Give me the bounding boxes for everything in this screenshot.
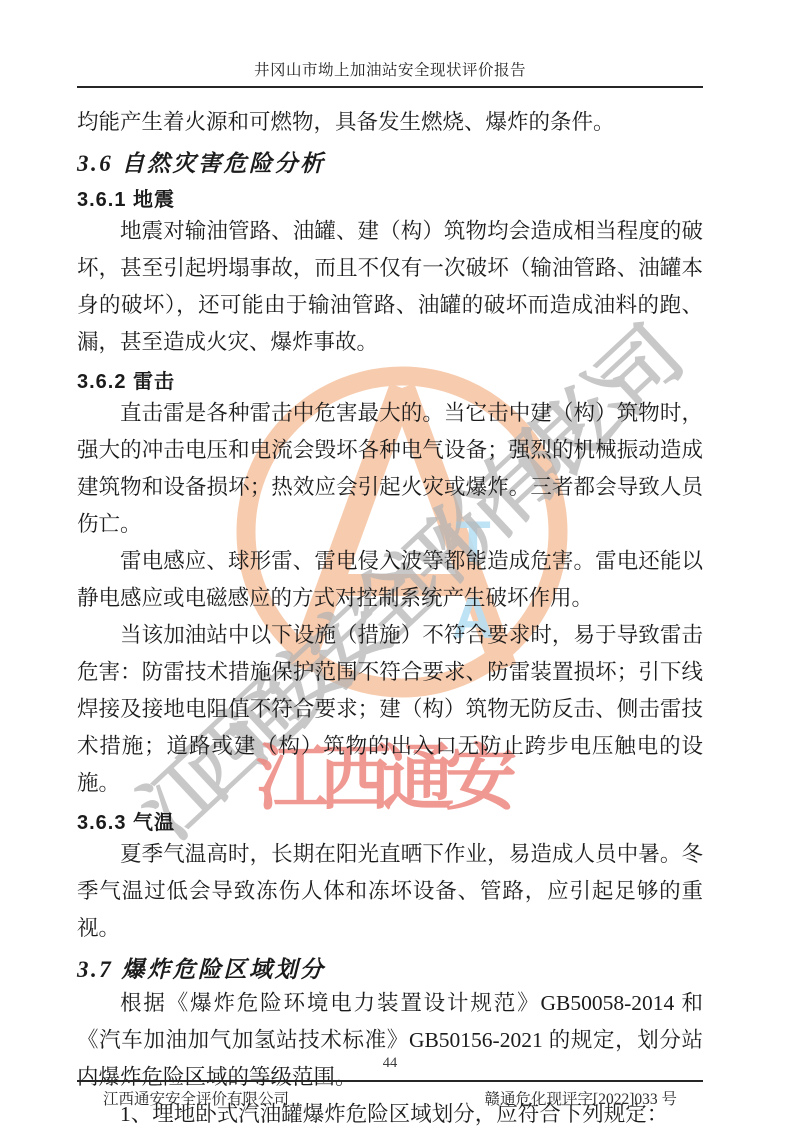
report-title: 井冈山市坳上加油站安全现状评价报告 (77, 58, 703, 80)
paragraph: 直击雷是各种雷击中危害最大的。当它击中建（构）筑物时，强大的冲击电压和电流会毁坏… (77, 395, 703, 543)
page-number: 44 (77, 1055, 703, 1072)
footer-rule (77, 1080, 703, 1082)
footer-company-name: 江西通安安全评价有限公司 (103, 1087, 289, 1109)
section-heading: 3.6 自然灾害危险分析 (77, 149, 703, 179)
page-header: 井冈山市坳上加油站安全现状评价报告 (77, 0, 703, 88)
footer-row: 江西通安安全评价有限公司 赣通危化现评字[2022]033 号 (77, 1087, 703, 1109)
paragraph: 夏季气温高时，长期在阳光直晒下作业，易造成人员中暑。冬季气温过低会导致冻伤人体和… (77, 836, 703, 947)
paragraph: 当该加油站中以下设施（措施）不符合要求时，易于导致雷击危害：防雷技术措施保护范围… (77, 617, 703, 802)
subsection-heading: 3.6.3 气温 (77, 810, 703, 836)
document-body: 均能产生着火源和可燃物，具备发生燃烧、爆炸的条件。3.6 自然灾害危险分析3.6… (77, 104, 703, 1131)
section-heading: 3.7 爆炸危险区域划分 (77, 955, 703, 985)
paragraph: 地震对输油管路、油罐、建（构）筑物均会造成相当程度的破坏，甚至引起坍塌事故，而且… (77, 213, 703, 361)
document-page: TA 江西通安安全评价有限公司 江西通安 井冈山市坳上加油站安全现状评价报告 均… (0, 0, 800, 1131)
subsection-heading: 3.6.2 雷击 (77, 369, 703, 395)
footer-doc-number: 赣通危化现评字[2022]033 号 (485, 1087, 677, 1109)
subsection-heading: 3.6.1 地震 (77, 187, 703, 213)
paragraph: 雷电感应、球形雷、雷电侵入波等都能造成危害。雷电还能以静电感应或电磁感应的方式对… (77, 543, 703, 617)
header-rule (77, 86, 703, 88)
page-content: 井冈山市坳上加油站安全现状评价报告 均能产生着火源和可燃物，具备发生燃烧、爆炸的… (77, 0, 703, 1131)
paragraph: 均能产生着火源和可燃物，具备发生燃烧、爆炸的条件。 (77, 104, 703, 141)
